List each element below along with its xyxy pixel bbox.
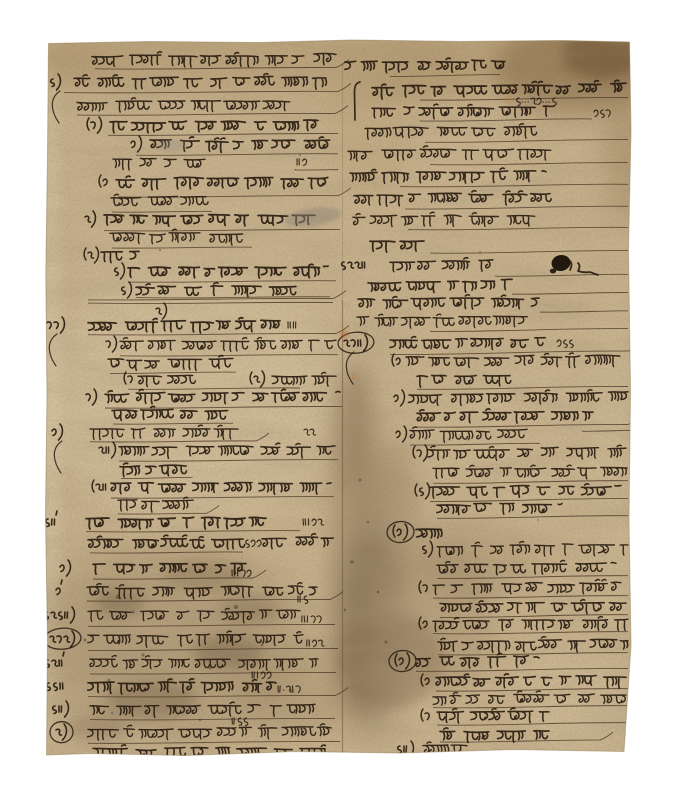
speckle <box>141 653 144 656</box>
orange-spot <box>343 482 347 486</box>
speckle <box>261 644 264 647</box>
speckle <box>234 605 238 609</box>
orange-spot <box>352 375 357 380</box>
speckle <box>385 641 388 644</box>
speckle <box>116 595 120 599</box>
speckle <box>344 609 346 611</box>
orange-spot <box>506 96 512 102</box>
speckle <box>299 154 301 156</box>
speckle <box>537 519 539 521</box>
paper-sheet <box>10 16 670 764</box>
speckle <box>350 560 353 563</box>
speckle <box>159 249 161 251</box>
speckle <box>209 667 212 670</box>
speckle <box>359 479 362 482</box>
speckle <box>511 341 513 343</box>
speckle <box>377 591 380 594</box>
ink-blot-drip <box>550 269 556 274</box>
manuscript-scan <box>0 0 677 800</box>
speckle <box>290 689 292 691</box>
orange-spot <box>345 303 349 307</box>
speckle <box>132 611 135 614</box>
speckle <box>419 299 421 301</box>
paper-grain-texture <box>40 34 640 764</box>
speckle <box>479 251 481 253</box>
green-speck <box>111 712 114 715</box>
orange-spot <box>340 330 348 338</box>
scan-background <box>0 0 677 800</box>
speckle <box>199 719 202 722</box>
speckle <box>108 679 111 682</box>
speckle <box>367 521 369 523</box>
speckle <box>84 639 87 642</box>
